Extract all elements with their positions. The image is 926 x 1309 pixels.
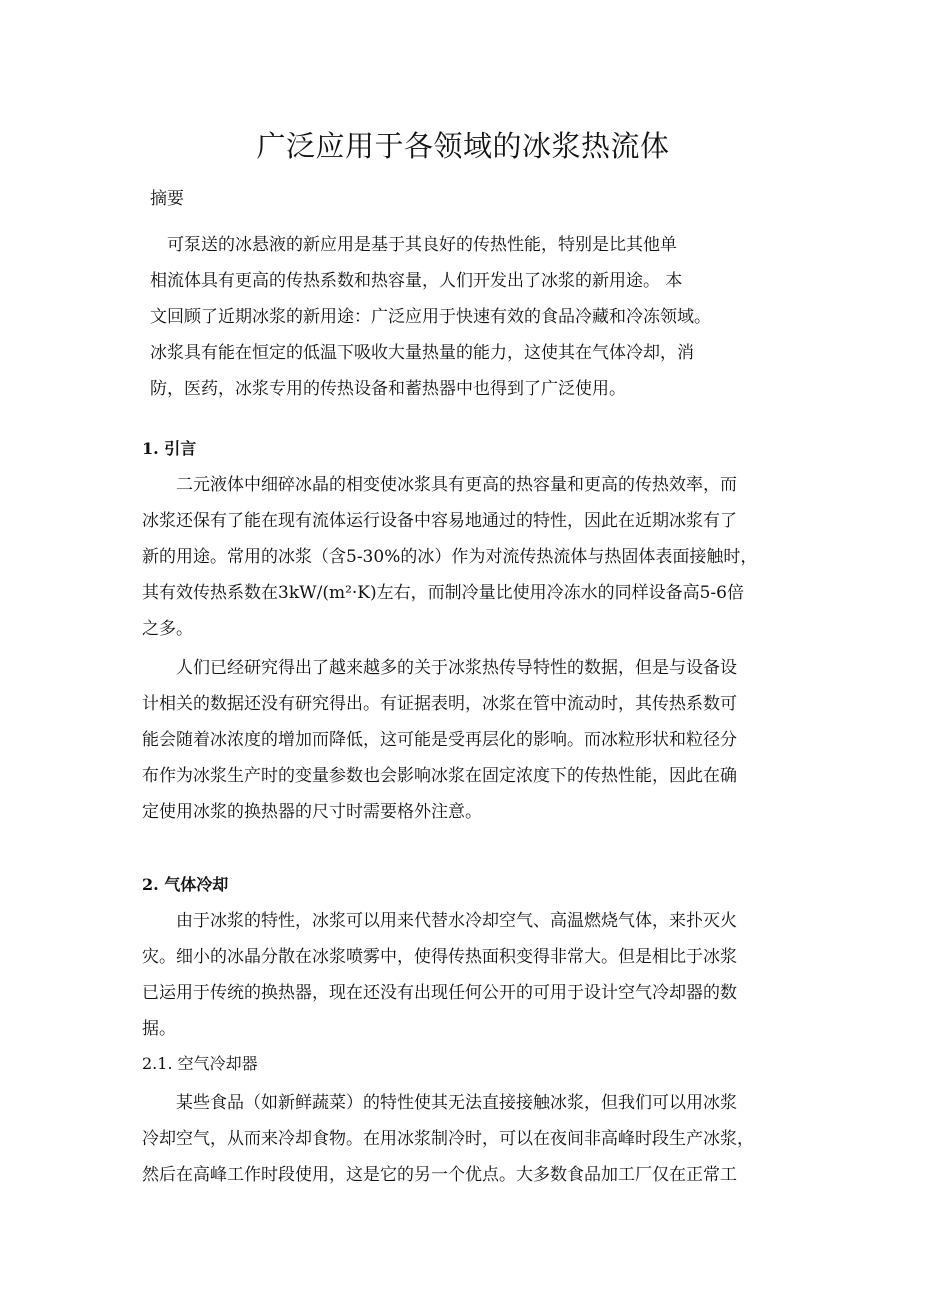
text-line: 定使用冰浆的换热器的尺寸时需要格外注意。 (142, 797, 482, 822)
text-line: 冰浆具有能在恒定的低温下吸收大量热量的能力，这使其在气体冷却，消 (150, 338, 694, 363)
text-line: 冷却空气，从而来冷却食物。在用冰浆制冷时，可以在夜间非高峰时段生产冰浆， (142, 1124, 754, 1149)
text-line: 可泵送的冰悬液的新应用是基于其良好的传热性能，特别是比其他单 (150, 230, 677, 255)
document-title: 广泛应用于各领域的冰浆热流体 (0, 124, 926, 165)
text-line: 二元液体中细碎冰晶的相变使冰浆具有更高的热容量和更高的传热效率，而 (142, 470, 737, 495)
section-heading-gas-cooling: 2. 气体冷却 (142, 872, 228, 895)
text-line: 防，医药，冰浆专用的传热设备和蓄热器中也得到了广泛使用。 (150, 374, 626, 399)
text-line: 能会随着冰浓度的增加而降低，这可能是受再层化的影响。而冰粒形状和粒径分 (142, 725, 737, 750)
section-heading-introduction: 1. 引言 (142, 436, 196, 459)
text-line: 其有效传热系数在3kW/(m²·K)左右，而制冷量比使用冷冻水的同样设备高5-6… (142, 578, 744, 603)
text-line: 布作为冰浆生产时的变量参数也会影响冰浆在固定浓度下的传热性能，因此在确 (142, 761, 737, 786)
text-line: 某些食品（如新鲜蔬菜）的特性使其无法直接接触冰浆，但我们可以用冰浆 (142, 1088, 737, 1113)
text-line: 相流体具有更高的传热系数和热容量，人们开发出了冰浆的新用途。 本 (150, 266, 682, 291)
text-line: 然后在高峰工作时段使用，这是它的另一个优点。大多数食品加工厂仅在正常工 (142, 1160, 737, 1185)
text-line: 冰浆还保有了能在现有流体运行设备中容易地通过的特性，因此在近期冰浆有了 (142, 506, 737, 531)
text-line: 灾。细小的冰晶分散在冰浆喷雾中，使得传热面积变得非常大。但是相比于冰浆 (142, 942, 737, 967)
abstract-label: 摘要 (150, 184, 184, 209)
text-line: 由于冰浆的特性，冰浆可以用来代替水冷却空气、高温燃烧气体，来扑灭火 (142, 906, 737, 931)
text-line: 文回顾了近期冰浆的新用途：广泛应用于快速有效的食品冷藏和冷冻领域。 (150, 302, 711, 327)
text-line: 人们已经研究得出了越来越多的关于冰浆热传导特性的数据，但是与设备设 (142, 653, 737, 678)
text-line: 之多。 (142, 614, 193, 639)
text-line: 新的用途。常用的冰浆（含5-30%的冰）作为对流传热流体与热固体表面接触时， (142, 542, 757, 567)
text-line: 计相关的数据还没有研究得出。有证据表明，冰浆在管中流动时，其传热系数可 (142, 689, 737, 714)
text-line: 据。 (142, 1014, 176, 1039)
subsection-heading-air-cooler: 2.1. 空气冷却器 (142, 1051, 258, 1074)
text-line: 已运用于传统的换热器，现在还没有出现任何公开的可用于设计空气冷却器的数 (142, 978, 737, 1003)
